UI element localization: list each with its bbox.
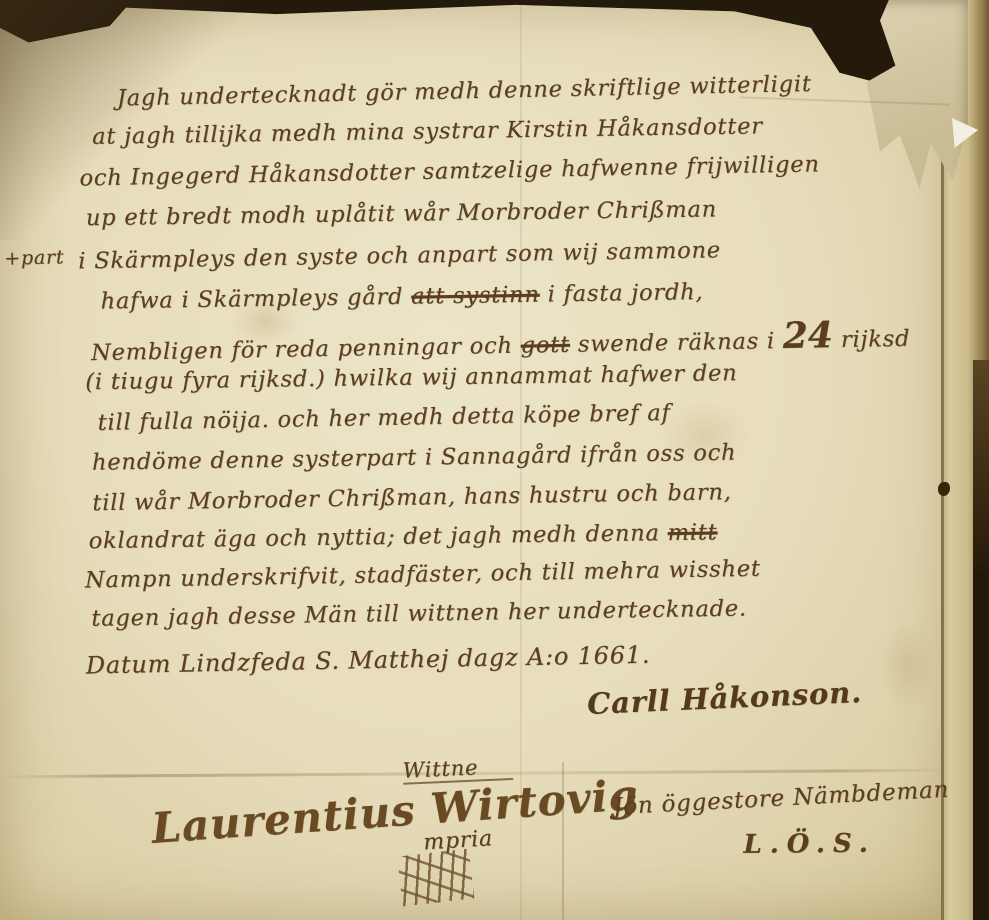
- struck-word: gott: [520, 332, 570, 359]
- line-segment: hafwa i Skärmpleys gård: [100, 284, 411, 315]
- manuscript-line-9: till fulla nöija. och her medh detta köp…: [97, 400, 670, 436]
- manuscript-line-3: och Ingegerd Håkansdotter samtzelige haf…: [79, 151, 820, 191]
- manuscript-text-block: +part Jagh undertecknadt gör medh denne …: [0, 0, 989, 920]
- pen-scribble: [397, 849, 474, 907]
- seal-initials: L.Ö.S.: [743, 829, 876, 860]
- manuscript-line-5: i Skärmpleys den syste och anpart som wi…: [78, 237, 721, 274]
- signature-carll-hakonson: Carll Håkonson.: [586, 675, 862, 721]
- manuscript-line-7: Nembligen för reda penningar och gott sw…: [91, 313, 911, 369]
- manuscript-line-6: hafwa i Skärmpleys gård att systinn i fa…: [100, 279, 703, 314]
- manuscript-scan: +part Jagh undertecknadt gör medh denne …: [0, 0, 989, 920]
- manuscript-line-11: till wår Morbroder Chrißman, hans hustru…: [92, 479, 732, 516]
- manuscript-line-2: at jagh tillijka medh mina systrar Kirst…: [92, 113, 763, 150]
- line-segment: i fasta jordh,: [539, 279, 703, 308]
- dateline: Datum Lindzfeda S. Matthej dagz A:o 1661…: [86, 641, 651, 680]
- margin-note: +part: [4, 246, 65, 270]
- manuscript-line-13: Nampn underskrifvit, stadfäster, och til…: [85, 556, 761, 594]
- manuscript-line-10: hendöme denne systerpart i Sannagård ifr…: [92, 440, 737, 476]
- manuscript-line-4: up ett bredt modh uplåtit wår Morbroder …: [86, 196, 717, 231]
- line-segment: swende räknas i: [570, 328, 783, 358]
- manuscript-line-12: oklandrat äga och nyttia; det jagh medh …: [89, 519, 718, 554]
- sum-figure: 24: [782, 314, 833, 357]
- line-segment: oklandrat äga och nyttia; det jagh medh …: [89, 520, 668, 554]
- line-segment: Nembligen för reda penningar och: [91, 333, 521, 366]
- manuscript-line-14: tagen jagh desse Män till wittnen her un…: [91, 596, 747, 632]
- witness-signature-jon: Jön öggestore Nämbdeman: [613, 777, 950, 821]
- witness-signature-laurentius: Laurentius Wirtovig: [150, 770, 640, 853]
- line-segment: rijksd: [833, 326, 911, 353]
- struck-word: att systinn: [411, 282, 540, 310]
- struck-word: mitt: [667, 519, 717, 546]
- manuscript-line-1: Jagh undertecknadt gör medh denne skrift…: [117, 71, 812, 112]
